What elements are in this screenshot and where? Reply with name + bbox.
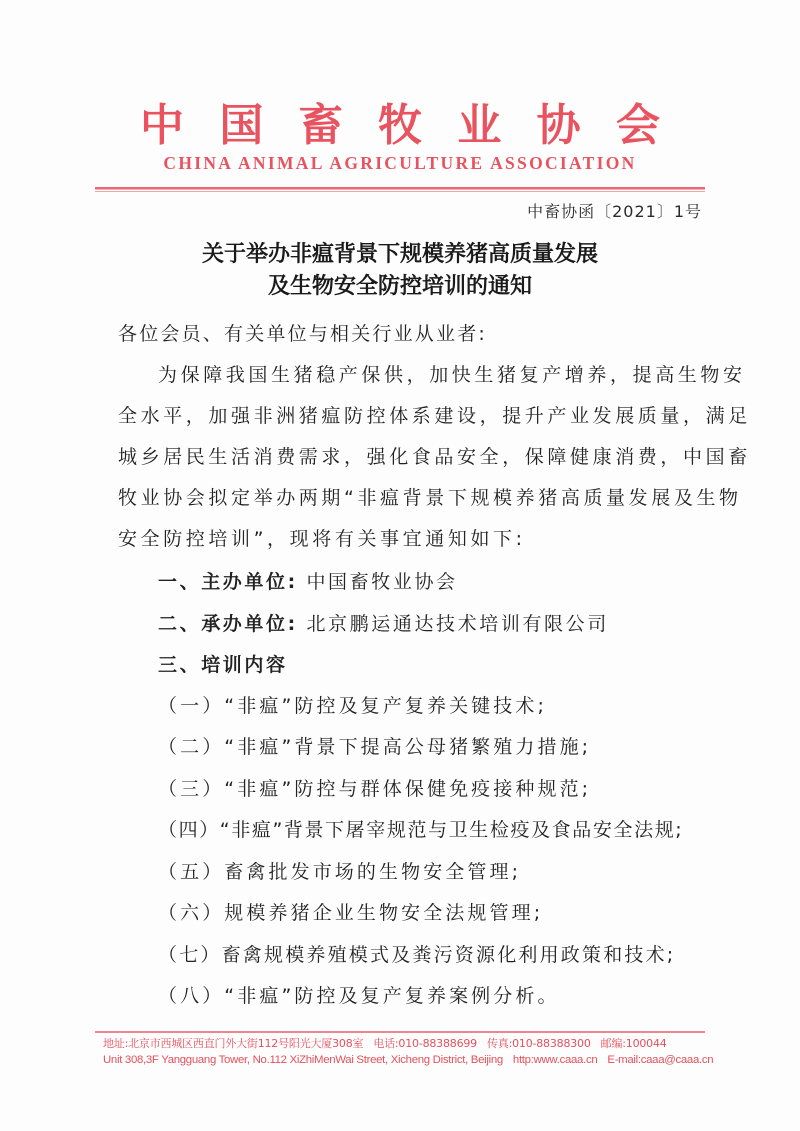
phone: 010-88388699 [398, 1037, 477, 1050]
fax: 010-88388300 [512, 1037, 591, 1050]
org-name-char: 中 [140, 98, 184, 154]
document-title: 关于举办非瘟背景下规模养猪高质量发展 及生物安全防控培训的通知 [100, 238, 700, 302]
org-name-char: 会 [616, 98, 660, 154]
training-item: （七）畜禽规模养殖模式及粪污资源化利用政策和技术; [158, 941, 675, 969]
org-name-cn: 中 国 畜 牧 业 协 会 [140, 98, 660, 154]
document-number: 中畜协函〔2021〕1号 [527, 200, 702, 224]
salutation: 各位会员、有关单位与相关行业从业者: [118, 320, 487, 348]
phone-label: 电话: [373, 1037, 398, 1050]
org-name-char: 畜 [299, 98, 343, 154]
section-label: 一、主办单位: [158, 571, 298, 593]
section-value: 北京鹏运通达技术培训有限公司 [306, 613, 608, 635]
training-item: （四）“非瘟”背景下屠宰规范与卫生检疫及食品安全法规; [158, 816, 683, 844]
email-label: E-mail: [607, 1054, 640, 1066]
section-value: 中国畜牧业协会 [306, 571, 457, 593]
training-item: （八）“非瘟”防控及复产复养案例分析。 [158, 982, 560, 1010]
training-item: （六）规模养猪企业生物安全法规管理; [158, 899, 543, 927]
postcode: 100044 [626, 1037, 667, 1050]
document-page: 中 国 畜 牧 业 协 会 CHINA ANIMAL AGRICULTURE A… [0, 0, 800, 1131]
footer-divider [95, 1031, 705, 1033]
section-label: 二、承办单位: [158, 613, 298, 635]
section-label: 三、培训内容 [158, 654, 288, 676]
section-undertaker: 二、承办单位: 北京鹏运通达技术培训有限公司 [158, 610, 609, 638]
footer-contact-cn: 地址:北京市西城区西直门外大街112号阳光大厦308室电话:010-883886… [103, 1036, 703, 1052]
org-name-char: 牧 [378, 98, 422, 154]
address-label: 地址: [103, 1037, 128, 1050]
paragraph-line: 全水平，加强非洲猪瘟防控体系建设，提升产业发展质量，满足 [118, 402, 751, 430]
section-training-content: 三、培训内容 [158, 651, 288, 679]
paragraph-line: 牧业协会拟定举办两期“非瘟背景下规模养猪高质量发展及生物 [118, 484, 742, 512]
org-name-en: CHINA ANIMAL AGRICULTURE ASSOCIATION [150, 152, 650, 174]
training-item: （三）“非瘟”防控与群体保健免疫接种规范; [158, 775, 591, 803]
postcode-label: 邮编: [601, 1037, 626, 1050]
training-item: （二）“非瘟”背景下提高公母猪繁殖力措施; [158, 733, 591, 761]
email-link[interactable]: caaa@caaa.cn [641, 1054, 714, 1066]
org-name-char: 协 [537, 98, 581, 154]
footer-contact-en: Unit 308,3F Yangguang Tower, No.112 XiZh… [103, 1052, 703, 1068]
title-line-1: 关于举办非瘟背景下规模养猪高质量发展 [100, 238, 700, 270]
org-name-char: 国 [219, 98, 263, 154]
website-link[interactable]: http:www.caaa.cn [513, 1054, 597, 1066]
section-organizer: 一、主办单位: 中国畜牧业协会 [158, 568, 458, 596]
header-divider [95, 187, 705, 190]
address-cn: 北京市西城区西直门外大街112号阳光大厦308室 [128, 1037, 363, 1050]
training-item: （一）“非瘟”防控及复产复养关键技术; [158, 692, 547, 720]
fax-label: 传真: [487, 1037, 512, 1050]
paragraph-line: 安全防控培训”，现将有关事宜通知如下: [118, 525, 526, 553]
title-line-2: 及生物安全防控培训的通知 [100, 270, 700, 302]
training-item: （五）畜禽批发市场的生物安全管理; [158, 858, 521, 886]
paragraph-line: 城乡居民生活消费需求，强化食品安全，保障健康消费，中国畜 [118, 443, 751, 471]
paragraph-line: 为保障我国生猪稳产保供，加快生猪复产增养，提高生物安 [158, 361, 746, 389]
org-name-char: 业 [457, 98, 501, 154]
address-en: Unit 308,3F Yangguang Tower, No.112 XiZh… [103, 1054, 503, 1066]
